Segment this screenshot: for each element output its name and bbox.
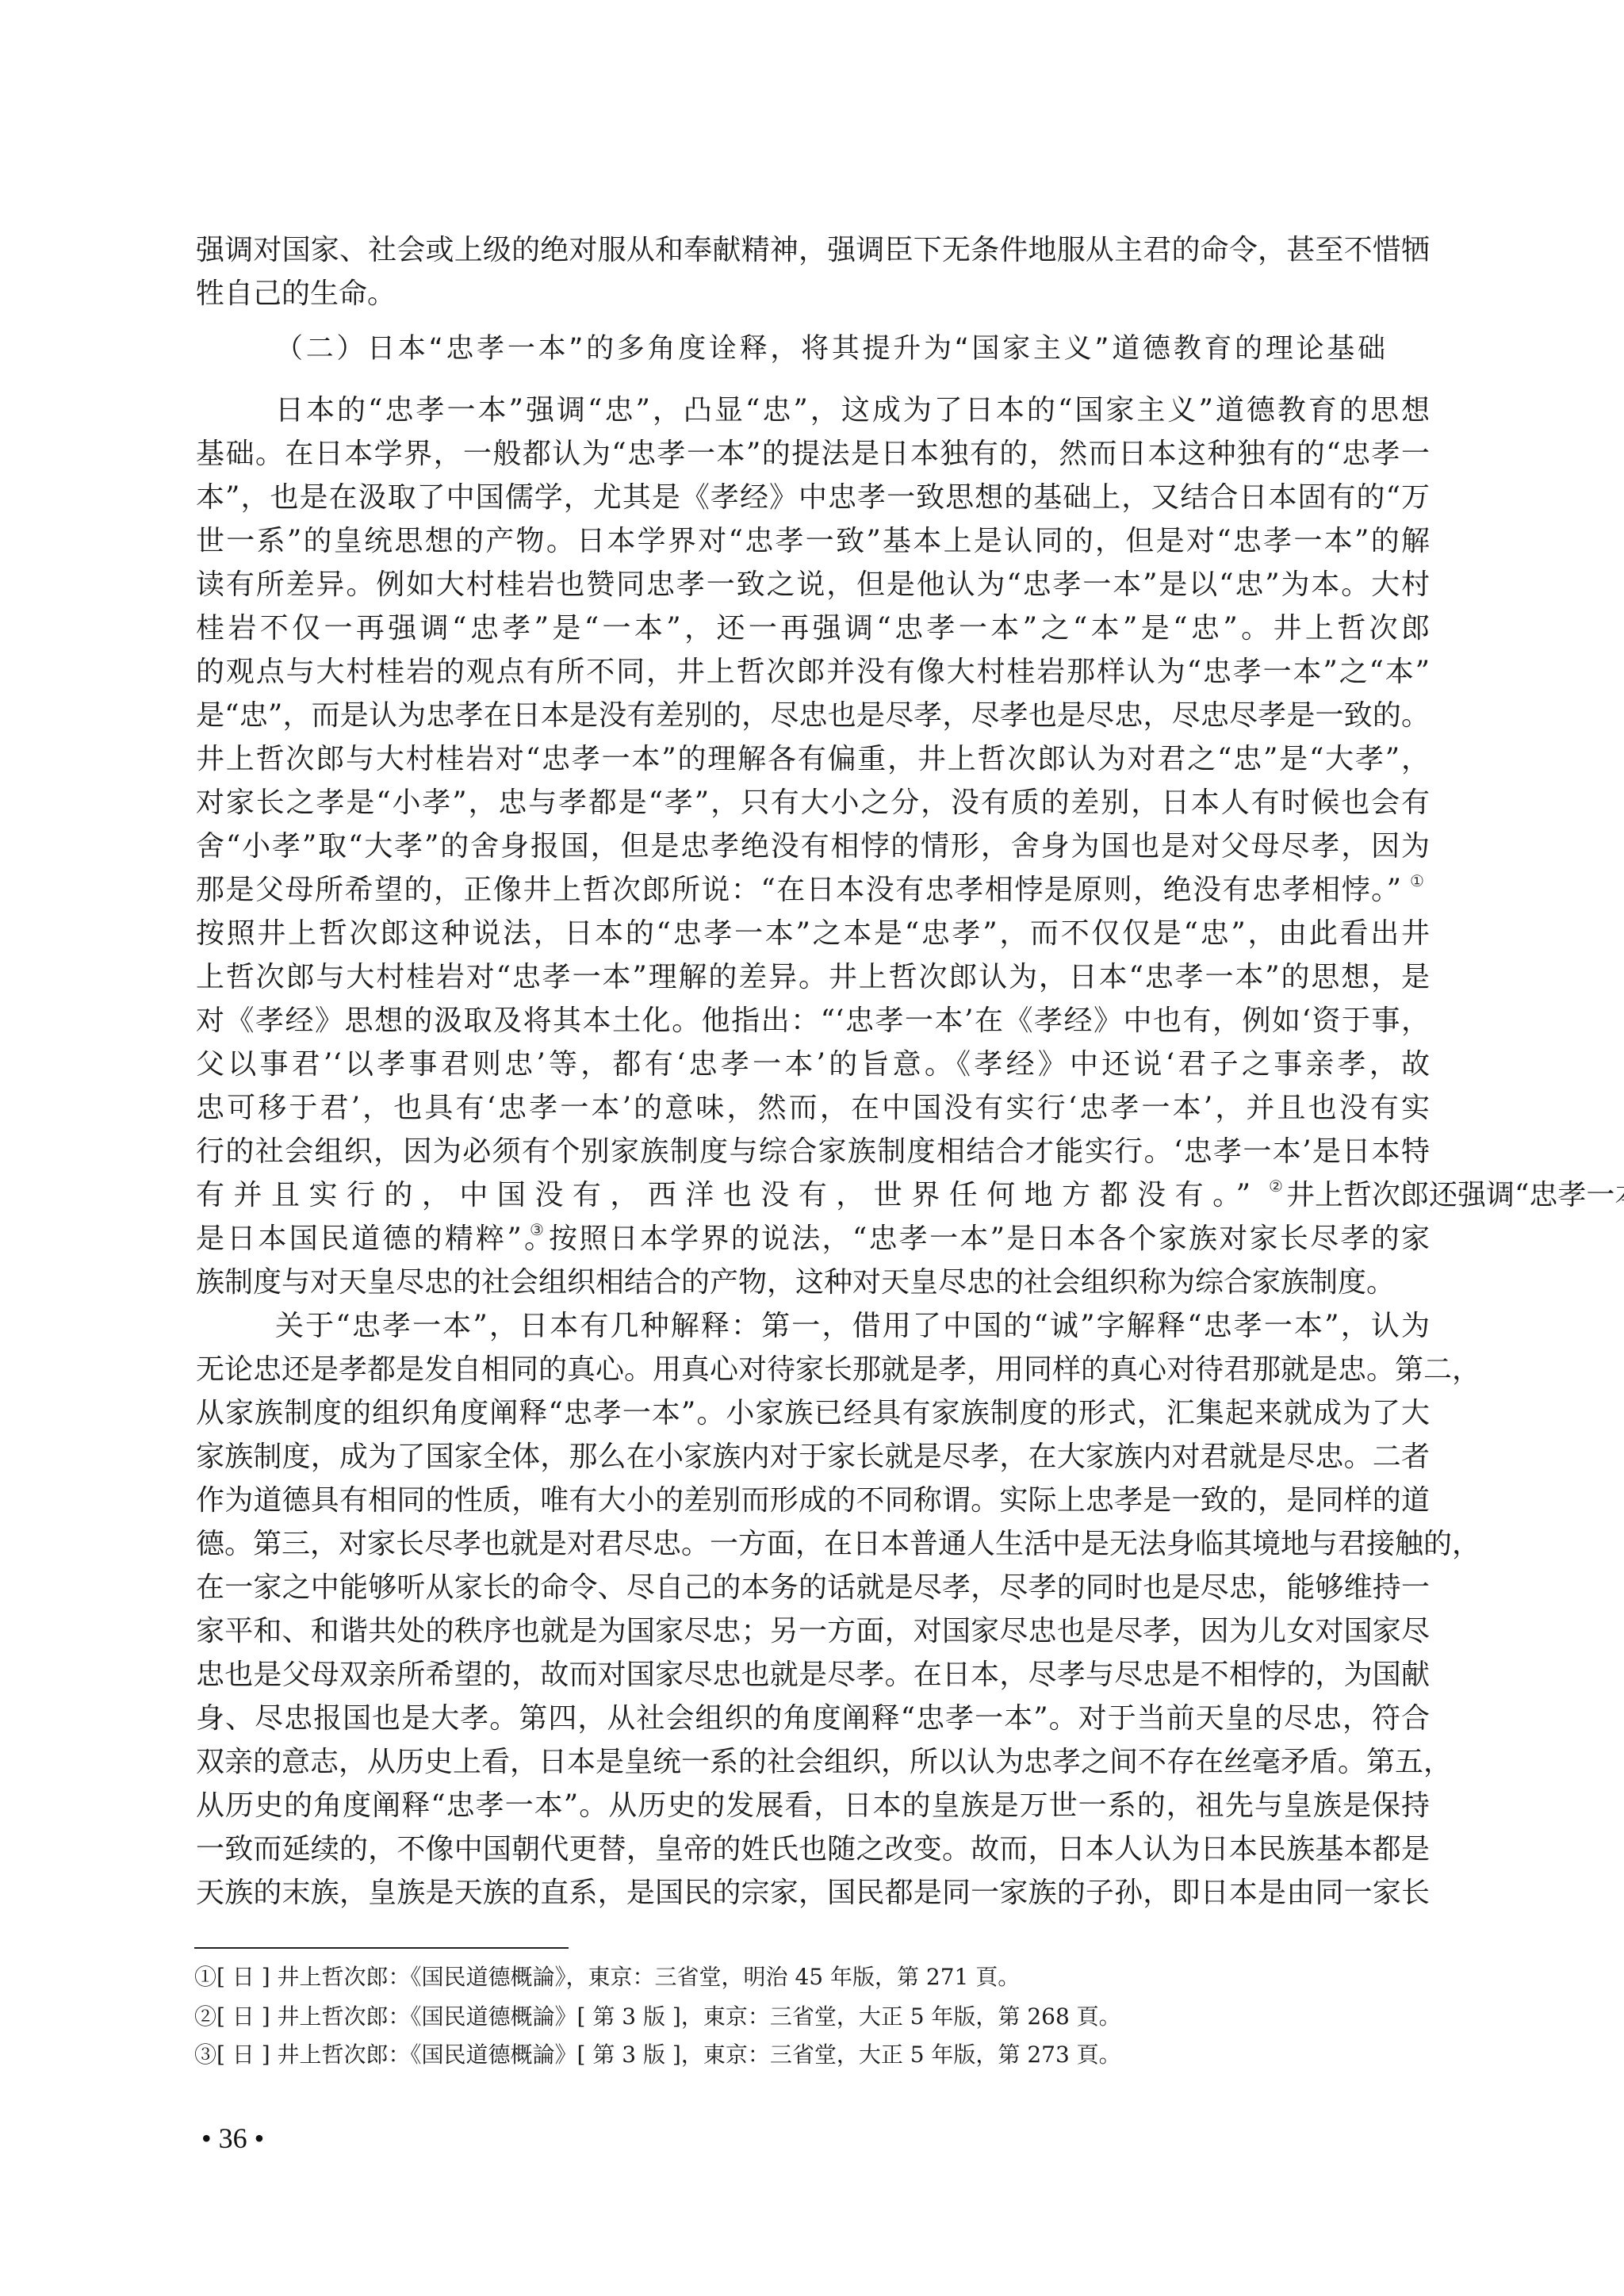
paragraph-line: 作为道德具有相同的性质，唯有大小的差别而形成的不同称谓。实际上忠孝是一致的，是同…	[196, 1479, 1430, 1522]
paragraph-line: 天族的末族，皇族是天族的直系，是国民的宗家，国民都是同一家族的子孙，即日本是由同…	[196, 1871, 1430, 1915]
paragraph-line: 读有所差异。例如大村桂岩也赞同忠孝一致之说，但是他认为“忠孝一本”是以“忠”为本…	[196, 563, 1430, 607]
document-page: 强调对国家、社会或上级的绝对服从和奉献精神，强调臣下无条件地服从主君的命令，甚至…	[0, 0, 1624, 2296]
paragraph-line: 父以事君’‘以孝事君则忠’等，都有‘忠孝一本’的旨意。《孝经》中还说‘君子之事亲…	[196, 1043, 1430, 1086]
paragraph-text: 那是父母所希望的，正像井上哲次郎所说：“在日本没有忠孝相悖是原则，绝没有忠孝相悖…	[196, 874, 1401, 906]
footnote-item: ①[ 日 ] 井上哲次郎：《国民道德概論》，東京：三省堂，明治 45 年版，第 …	[194, 1958, 1020, 1996]
paragraph-line: 有并且实行的，中国没有，西洋也没有，世界任何地方都没有。”	[196, 1173, 1251, 1217]
paragraph-line: 是日本国民道德的精粹”。	[196, 1217, 553, 1261]
paragraph-line: 按照日本学界的说法，“忠孝一本”是日本各个家族对家长尽孝的家	[549, 1217, 1430, 1261]
paragraph-line: 在一家之中能够听从家长的命令、尽自己的本务的话就是尽孝，尽孝的同时也是尽忠，能够…	[196, 1566, 1430, 1609]
paragraph-line: 基础。在日本学界，一般都认为“忠孝一本”的提法是日本独有的，然而日本这种独有的“…	[196, 432, 1430, 476]
paragraph-line: 那是父母所希望的，正像井上哲次郎所说：“在日本没有忠孝相悖是原则，绝没有忠孝相悖…	[196, 868, 1401, 912]
footnote-item: ②[ 日 ] 井上哲次郎：《国民道德概論》[ 第 3 版 ]，東京：三省堂，大正…	[194, 1998, 1121, 2036]
paragraph-line: 日本的“忠孝一本”强调“忠”，凸显“忠”，这成为了日本的“国家主义”道德教育的思…	[196, 388, 1430, 432]
paragraph-line: 从家族制度的组织角度阐释“忠孝一本”。小家族已经具有家族制度的形式，汇集起来就成…	[196, 1391, 1430, 1435]
paragraph-line: 本”，也是在汲取了中国儒学，尤其是《孝经》中忠孝一致思想的基础上，又结合日本固有…	[196, 476, 1430, 519]
paragraph-line: 关于“忠孝一本”，日本有几种解释：第一，借用了中国的“诚”字解释“忠孝一本”，认…	[196, 1304, 1430, 1348]
paragraph-line: 忠可移于君’，也具有‘忠孝一本’的意味，然而，在中国没有实行‘忠孝一本’，并且也…	[196, 1086, 1430, 1130]
paragraph-line: 从历史的角度阐释“忠孝一本”。从历史的发展看，日本的皇族是万世一系的，祖先与皇族…	[196, 1784, 1430, 1827]
paragraph-line: 身、尽忠报国也是大孝。第四，从社会组织的角度阐释“忠孝一本”。对于当前天皇的尽忠…	[196, 1697, 1430, 1740]
paragraph-line: 按照井上哲次郎这种说法，日本的“忠孝一本”之本是“忠孝”，而不仅仅是“忠”，由此…	[196, 912, 1430, 955]
paragraph-line: 家平和、和谐共处的秩序也就是为国家尽忠；另一方面，对国家尽忠也是尽孝，因为儿女对…	[196, 1609, 1430, 1653]
paragraph-line: 井上哲次郎还强调“忠孝一本	[1286, 1173, 1430, 1217]
body-line: 强调对国家、社会或上级的绝对服从和奉献精神，强调臣下无条件地服从主君的命令，甚至…	[196, 228, 1430, 272]
page-number: • 36 •	[201, 2122, 264, 2155]
paragraph-line: 上哲次郎与大村桂岩对“忠孝一本”理解的差异。井上哲次郎认为，日本“忠孝一本”的思…	[196, 955, 1430, 999]
paragraph-line: 忠也是父母双亲所希望的，故而对国家尽忠也就是尽孝。在日本，尽孝与尽忠是不相悖的，…	[196, 1653, 1430, 1697]
footnote-separator	[194, 1947, 569, 1949]
paragraph-line: 双亲的意志，从历史上看，日本是皇统一系的社会组织，所以认为忠孝之间不存在丝毫矛盾…	[196, 1740, 1430, 1784]
paragraph-line: 族制度与对天皇尽忠的社会组织相结合的产物，这种对天皇尽忠的社会组织称为综合家族制…	[196, 1261, 1430, 1304]
paragraph-line: 家族制度，成为了国家全体，那么在小家族内对于家长就是尽孝，在大家族内对君就是尽忠…	[196, 1435, 1430, 1479]
paragraph-line: 一致而延续的，不像中国朝代更替，皇帝的姓氏也随之改变。故而，日本人认为日本民族基…	[196, 1827, 1430, 1871]
paragraph-line: 对《孝经》思想的汲取及将其本土化。他指出：“‘忠孝一本’在《孝经》中也有，例如‘…	[196, 999, 1430, 1043]
paragraph-line: 井上哲次郎与大村桂岩对“忠孝一本”的理解各有偏重，井上哲次郎认为对君之“忠”是“…	[196, 737, 1430, 781]
paragraph-line: 德。第三，对家长尽孝也就是对君尽忠。一方面，在日本普通人生活中是无法身临其境地与…	[196, 1522, 1430, 1566]
body-line: 牲自己的生命。	[196, 272, 1430, 316]
paragraph-line: 桂岩不仅一再强调“忠孝”是“一本”，还一再强调“忠孝一本”之“本”是“忠”。井上…	[196, 607, 1430, 650]
paragraph-line: 世一系”的皇统思想的产物。日本学界对“忠孝一致”基本上是认同的，但是对“忠孝一本…	[196, 519, 1430, 563]
section-heading: （二）日本“忠孝一本”的多角度诠释，将其提升为“国家主义”道德教育的理论基础	[275, 327, 1385, 371]
paragraph-line: 是“忠”，而是认为忠孝在日本是没有差别的，尽忠也是尽孝，尽孝也是尽忠，尽忠尽孝是…	[196, 694, 1430, 737]
paragraph-line: 无论忠还是孝都是发自相同的真心。用真心对待家长那就是孝，用同样的真心对待君那就是…	[196, 1348, 1430, 1391]
paragraph-line: 行的社会组织，因为必须有个别家族制度与综合家族制度相结合才能实行。‘忠孝一本’是…	[196, 1130, 1430, 1173]
footnote-item: ③[ 日 ] 井上哲次郎：《国民道德概論》[ 第 3 版 ]，東京：三省堂，大正…	[194, 2036, 1121, 2074]
paragraph-line: 的观点与大村桂岩的观点有所不同，井上哲次郎并没有像大村桂岩那样认为“忠孝一本”之…	[196, 650, 1430, 694]
paragraph-line: 对家长之孝是“小孝”，忠与孝都是“孝”，只有大小之分，没有质的差别，日本人有时候…	[196, 781, 1430, 825]
paragraph-line: 舍“小孝”取“大孝”的舍身报国，但是忠孝绝没有相悖的情形，舍身为国也是对父母尽孝…	[196, 825, 1430, 868]
